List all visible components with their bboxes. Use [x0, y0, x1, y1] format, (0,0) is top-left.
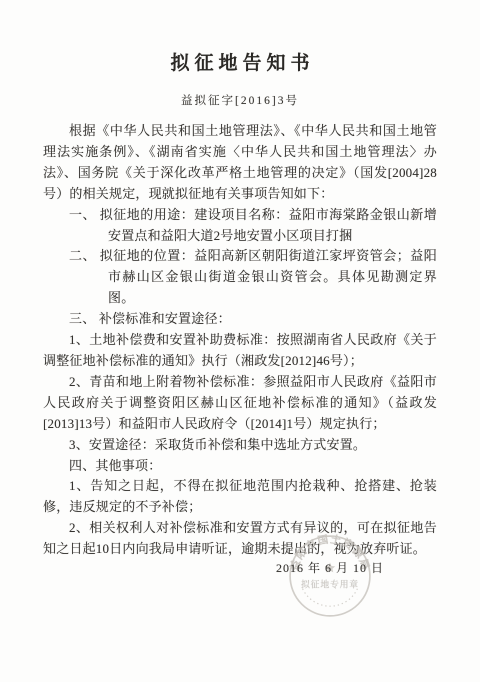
document-number: 益拟征字[2016]3号: [43, 94, 437, 108]
paragraph-item-3-2: 2、青苗和地上附着物补偿标准：参照益阳市人民政府《益阳市人民政府关于调整资阳区赫…: [43, 372, 437, 435]
seal-dotted-arc: [303, 589, 358, 606]
document-page: 拟征地告知书 益拟征字[2016]3号 根据《中华人民共和国土地管理法》、《中华…: [0, 0, 480, 682]
document-title: 拟征地告知书: [43, 50, 437, 78]
official-seal-graphic: 益阳市国土资源局 拟征地专用章: [288, 534, 372, 618]
official-seal: 益阳市国土资源局 拟征地专用章: [288, 534, 372, 618]
paragraph-intro: 根据《中华人民共和国土地管理法》、《中华人民共和国土地管理法实施条例》、《湖南省…: [43, 121, 437, 205]
seal-banner-text: 拟征地专用章: [301, 579, 359, 590]
paragraph-item-3: 三、 补偿标准和安置途径：: [43, 309, 437, 330]
paragraph-item-2: 二、 拟征地的位置：益阳高新区朝阳街道江家坪资管会；益阳市赫山区金银山街道金银山…: [43, 246, 437, 309]
paragraph-item-4: 四、其他事项：: [43, 456, 437, 477]
paragraph-item-3-1: 1、土地补偿费和安置补助费标准：按照湖南省人民政府《关于调整征地补偿标准的通知》…: [43, 330, 437, 372]
paragraph-item-4-1: 1、告知之日起，不得在拟征地范围内抢栽种、抢搭建、抢装修，违反规定的不予补偿；: [43, 476, 437, 518]
document-body: 根据《中华人民共和国土地管理法》、《中华人民共和国土地管理法实施条例》、《湖南省…: [43, 121, 437, 560]
issue-date: 2016 年 6 月 10 日: [230, 559, 430, 576]
paragraph-item-3-3: 3、安置途径：采取货币补偿和集中选址方式安置。: [43, 435, 437, 456]
paragraph-item-4-2: 2、相关权利人对补偿标准和安置方式有异议的，可在拟征地告知之日起10日内向我局申…: [43, 518, 437, 560]
paragraph-item-1: 一、 拟征地的用途：建设项目名称：益阳市海棠路金银山新增安置点和益阳大道2号地安…: [43, 205, 437, 247]
